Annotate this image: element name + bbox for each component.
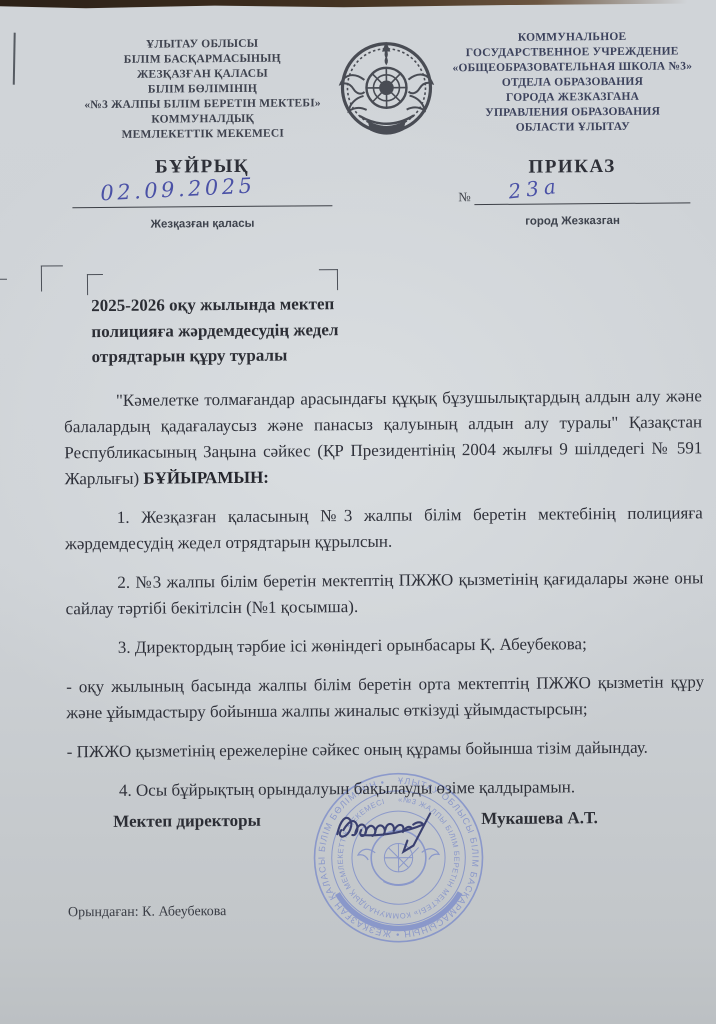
order-block-ru: ПРИКАЗ № 23а город Жезказган [450,155,695,228]
order-number-label: № [458,189,475,205]
directive-subitem: - ПЖЖО қызметінің ережелеріне сәйкес оны… [67,734,705,765]
scanned-document-page: ҰЛЫТАУ ОБЛЫСЫ БІЛІМ БАСҚАРМАСЫНЫҢ ЖЕЗҚАЗ… [0,0,716,1024]
order-date-underline: 02.09.2025 [72,179,332,208]
director-role-label: Мектеп директоры [113,811,261,832]
executor-line: Орындаған: К. Абеубекова [68,904,227,921]
body-paragraph-preamble: "Кәмелетке толмағандар арасындағы құқық … [64,383,703,492]
staple-mark [13,33,16,85]
registration-mark-title-left [87,274,103,295]
directive-item: 1. Жезқазған қаласының №3 жалпы білім бе… [65,500,703,557]
subject-title: 2025-2026 оқу жылында мектеп полицияға ж… [91,291,372,370]
issuer-block-kk: ҰЛЫТАУ ОБЛЫСЫ БІЛІМ БАСҚАРМАСЫНЫҢ ЖЕЗҚАЗ… [63,36,342,143]
director-signature [329,799,471,858]
directive-item: 2. №3 жалпы білім беретін мектептің ПЖЖО… [65,565,703,622]
kazakhstan-emblem-icon [333,35,440,148]
directive-subitem: - оқу жылының басында жалпы білім береті… [66,669,704,726]
subject-line: отрядтарын құру туралы [91,342,371,370]
registration-mark-title-right [319,269,338,290]
order-heading-ru: ПРИКАЗ [450,155,694,179]
order-place-ru: город Жезказган [450,214,694,228]
directive-item: 3. Директордың тәрбие ісі жөніндегі орын… [66,630,704,661]
director-name: Мукашева А.Т. [481,808,598,829]
decree-word: БҰЙЫРАМЫН: [143,468,269,488]
subject-line: 2025-2026 оқу жылында мектеп [91,291,371,319]
issuer-line: «ОБЩЕОБРАЗОВАТЕЛЬНАЯ ШКОЛА №3» [433,59,711,76]
order-place-kk: Жезқазған қаласы [60,217,344,231]
order-number-underline: 23а [475,179,691,205]
order-block-kk: БҰЙРЫҚ 02.09.2025 Жезқазған қаласы [60,155,345,231]
signature-row: Мектеп директоры Мукашева А.Т. [3,797,716,863]
document-content: ҰЛЫТАУ ОБЛЫСЫ БІЛІМ БАСҚАРМАСЫНЫҢ ЖЕЗҚАЗ… [0,0,716,1024]
order-body: "Кәмелетке толмағандар арасындағы құқық … [64,383,705,817]
issuer-line: ОБЛАСТИ ҰЛЫТАУ [434,119,712,136]
registration-mark-left [41,265,63,291]
handwritten-number: 23а [507,174,562,204]
issuer-block-ru: КОММУНАЛЬНОЕ ГОСУДАРСТВЕННОЕ УЧРЕЖДЕНИЕ … [433,29,712,136]
issuer-line: «№3 ЖАЛПЫ БІЛІМ БЕРЕТІН МЕКТЕБІ» [64,96,342,113]
registration-mark-edge [0,279,7,280]
subject-line: полицияға жәрдемдесудің жедел [91,316,371,344]
order-number-row: № 23а [458,180,690,205]
issuer-line: МЕМЛЕКЕТТІК МЕКЕМЕСІ [64,126,342,143]
